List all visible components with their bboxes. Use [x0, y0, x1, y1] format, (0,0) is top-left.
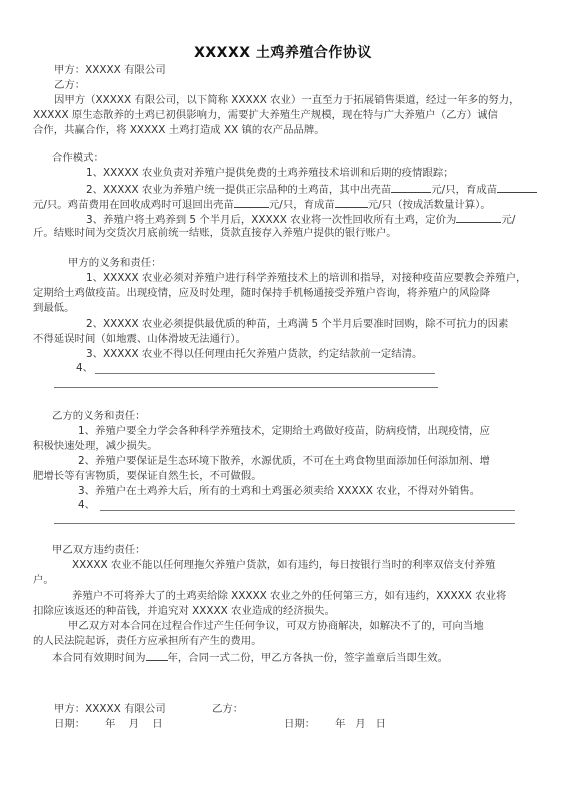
contract-page: XXXXX 土鸡养殖合作协议 甲方：XXXXX 有限公司 乙方： 因甲方（XXX…	[0, 0, 566, 800]
cooperation-item-1: 1、XXXXX 农业负责对养殖户提供免费的土鸡养殖技术培训和后期的疫情跟踪；	[86, 167, 454, 180]
refund-grown-price-blank[interactable]	[335, 197, 368, 208]
price-per-jin-blank[interactable]	[456, 212, 501, 223]
party-a-duty-1-line-1: 1、XXXXX 农业必须对养殖户进行科学养殖技术上的培训和指导，对接种疫苗应要教…	[86, 272, 526, 285]
party-a-line: 甲方：XXXXX 有限公司	[54, 64, 166, 77]
breach-heading: 甲乙双方违约责任：	[52, 544, 146, 557]
breach-p2-line-1: 养殖户不可将养大了的土鸡卖给除 XXXXX 农业之外的任何第三方，如有违约，XX…	[72, 590, 506, 603]
party-b-duty-4-label: 4、	[78, 499, 95, 512]
validity-years-blank[interactable]	[146, 650, 168, 661]
breach-p1-line-1: XXXXX 农业不能以任何理拖欠养殖户货款，如有违约，每日按银行当时的利率双倍支…	[72, 559, 495, 572]
party-b-duties-heading: 乙方的义务和责任：	[52, 410, 146, 423]
breach-p1-line-2: 户。	[33, 574, 54, 587]
item2-text-d: 元/只，育成苗	[269, 199, 335, 211]
item3-text-b: 元/	[501, 214, 515, 226]
chick-price-blank-1[interactable]	[391, 182, 431, 193]
cooperation-item-2-line-2: 元/只。鸡苗费用在回收成鸡时可退回出壳苗元/只，育成苗元/只（按成活数量计算）。	[33, 197, 491, 212]
party-b-line: 乙方：	[54, 79, 85, 92]
party-b-duty-2-line-2: 肥增长等有害物质，要保证自然生长，不可做假。	[33, 470, 262, 483]
party-a-duty-2-line-1: 2、XXXXX 农业必须提供最优质的种苗，土鸡满 5 个半月后要准时回购，除不可…	[86, 318, 508, 331]
intro-line-2: XXXXX 原生态散养的土鸡已初俱影响力，需要扩大养殖生产规模，现在特与广大养殖…	[33, 109, 498, 122]
signature-date-a: 日期： 年 月 日	[54, 718, 163, 731]
party-a-duty-3: 3、XXXXX 农业不得以任何理由托欠养殖户货款，约定结款前一定结清。	[86, 348, 422, 361]
party-b-duty-4-blank-line[interactable]	[100, 510, 515, 511]
cooperation-item-3-line-2: 斤。结账时间为交货次月底前统一结账，货款直接存入养殖户提供的银行账户。	[33, 227, 397, 240]
party-b-duty-1-line-2: 积极快速处理，减少损失。	[33, 440, 158, 453]
party-a-duty-4-blank-line-2[interactable]	[54, 387, 438, 388]
validity-line: 本合同有效期时间为年，合同一式二份，甲乙方各执一份，签字盖章后当即生效。	[52, 650, 448, 665]
item3-text-a: 3、养殖户将土鸡养到 5 个半月后，XXXXX 农业将一次性回收所有土鸡，定价为	[86, 214, 456, 226]
refund-chick-price-blank[interactable]	[234, 197, 269, 208]
cooperation-heading: 合作模式：	[52, 152, 104, 165]
signature-date-b: 日期： 年 月 日	[284, 718, 386, 731]
document-title: XXXXX 土鸡养殖合作协议	[0, 42, 566, 62]
grown-chick-price-blank-1[interactable]	[497, 182, 537, 193]
party-b-duty-1-line-1: 1、养殖户要全力学会各种科学养殖技术，定期给土鸡做好疫苗，防病疫情，出现疫情，应	[78, 425, 490, 438]
item2-text-a: 2、XXXXX 农业为养殖户统一提供正宗品种的土鸡苗，其中出壳苗	[86, 184, 391, 196]
party-a-duties-heading: 甲方的义务和责任：	[68, 257, 162, 270]
party-a-duty-1-line-3: 到最低。	[33, 302, 75, 315]
cooperation-item-2-line-1: 2、XXXXX 农业为养殖户统一提供正宗品种的土鸡苗，其中出壳苗元/只，育成苗	[86, 182, 537, 197]
breach-p3-line-2: 的人民法院起诉，责任方应承担所有产生的费用。	[33, 635, 262, 648]
intro-line-3: 合作，共赢合作，将 XXXXX 土鸡打造成 XX 镇的农产品品牌。	[33, 124, 325, 137]
cooperation-item-3-line-1: 3、养殖户将土鸡养到 5 个半月后，XXXXX 农业将一次性回收所有土鸡，定价为…	[86, 212, 515, 227]
party-a-duty-1-line-2: 定期给土鸡做疫苗。出现疫情，应及时处理，随时保持手机畅通接受养殖户咨询，将养殖户…	[33, 287, 490, 300]
validity-text-b: 年，合同一式二份，甲乙方各执一份，签字盖章后当即生效。	[168, 652, 449, 664]
party-b-duty-4-blank-line-2[interactable]	[54, 523, 515, 524]
item2-text-e: 元/只（按成活数量计算）。	[368, 199, 491, 211]
party-b-duty-2-line-1: 2、养殖户要保证是生态环境下散养，水源优质，不可在土鸡食物里面添加任何添加剂、增	[78, 455, 490, 468]
party-a-duty-4-blank-line[interactable]	[95, 373, 435, 374]
breach-p2-line-2: 扣除应该返还的种苗钱，并追究对 XXXXX 农业造成的经济损失。	[33, 605, 335, 618]
breach-p3-line-1: 甲乙双方对本合同在过程合作过产生任何争议，可双方协商解决，如解决不了的，可向当地	[68, 620, 484, 633]
party-a-duty-4-label: 4、	[76, 362, 93, 375]
item2-text-c: 元/只。鸡苗费用在回收成鸡时可退回出壳苗	[33, 199, 234, 211]
party-a-duty-2-line-2: 不得延误时间（如地震、山体滑坡无法通行）。	[33, 333, 246, 346]
party-b-duty-3: 3、养殖户在土鸡养大后，所有的土鸡和土鸡蛋必须卖给 XXXXX 农业，不得对外销…	[78, 485, 480, 498]
signature-party-b: 乙方：	[212, 703, 243, 716]
intro-line-1: 因甲方（XXXXX 有限公司，以下简称 XXXXX 农业）一直至力于拓展销售渠道…	[54, 94, 520, 107]
item2-text-b: 元/只，育成苗	[431, 184, 497, 196]
validity-text-a: 本合同有效期时间为	[52, 652, 146, 664]
signature-party-a: 甲方：XXXXX 有限公司	[54, 703, 166, 716]
